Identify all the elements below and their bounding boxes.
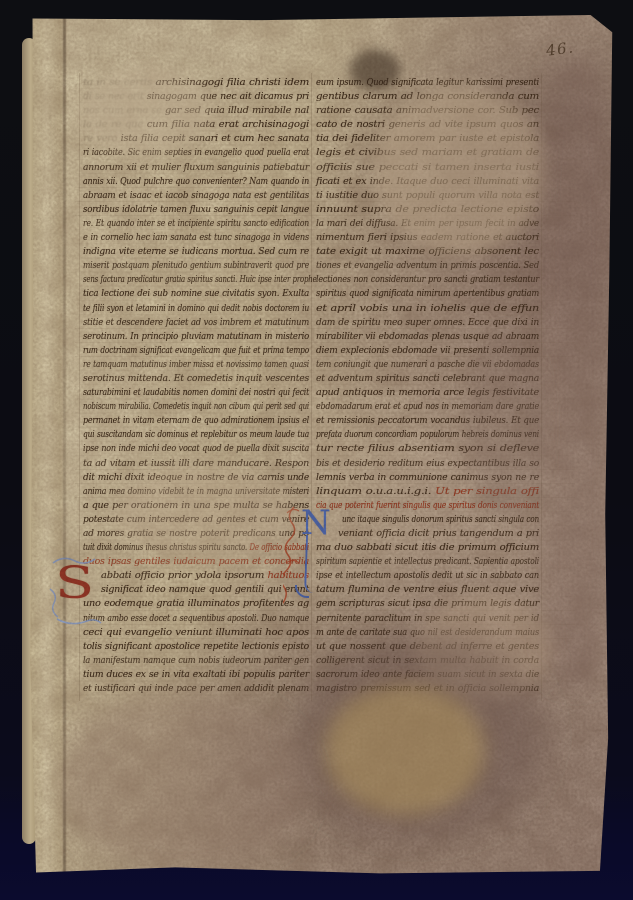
manuscript-line: ebdomadarum erat et apud nos in memoriam… xyxy=(316,400,539,414)
manuscript-line: anima mea domino videbit te in magna uni… xyxy=(83,485,309,499)
manuscript-line: lectiones non considerantur pro sancti g… xyxy=(316,273,539,287)
manuscript-line: serotinum. In principio pluviam matutina… xyxy=(83,330,309,344)
manuscript-line: tuit dixit dominus ihesus christus spiri… xyxy=(83,541,309,555)
manuscript-line: dit michi dixit ideoque in nostre de via… xyxy=(83,471,309,485)
stain-overlay xyxy=(325,685,485,815)
folio-number: 46. xyxy=(545,38,575,59)
manuscript-line: tatum flumina de ventre eius fluent aque… xyxy=(316,583,539,597)
right-column: eum ipsum. Quod significata legitur kari… xyxy=(316,76,539,696)
manuscript-line: la de re que cum filia nata erat archisi… xyxy=(83,118,309,132)
manuscript-line: ma duo sabbati sicut itis die primum off… xyxy=(316,541,539,555)
stain-overlay xyxy=(60,690,310,875)
manuscript-line: mirabiliter vii ebdomadas plenas usque a… xyxy=(316,330,539,344)
manuscript-line: potestate cum intercedere ad gentes et c… xyxy=(83,513,309,527)
manuscript-line: tolis significant apostolice repetite le… xyxy=(83,640,309,654)
manuscript-line: bis et desiderio reditum eius expectanti… xyxy=(316,457,539,471)
manuscript-line: gem scripturas sicut ipsa die primum leg… xyxy=(316,597,539,611)
manuscript-line: annorum xii et mulier fluxum sanguinis p… xyxy=(83,161,309,175)
manuscript-line: la manifestum namque cum nobis iudeorum … xyxy=(83,654,309,668)
manuscript-line: m ante de caritate sua quo nil est desid… xyxy=(316,626,539,640)
manuscript-line: ipse et intellectum apostolis dedit ut s… xyxy=(316,569,539,583)
manuscript-line: tica lectione dei sub nomine sue civitat… xyxy=(83,287,309,301)
manuscript-line: ratione causata animadversione cor. Sub … xyxy=(316,104,539,118)
manuscript-line: tem coniungit que numerari a pasche die … xyxy=(316,358,539,372)
manuscript-line: dam de spiritu meo super omnes. Ecce que… xyxy=(316,316,539,330)
manuscript-line: eum ipsum. Quod significata legitur kari… xyxy=(316,76,539,90)
manuscript-line: tium duces ex se in vita exaltati ibi po… xyxy=(83,668,309,682)
manuscript-line: sacrorum ideo ante faciem suam sicut in … xyxy=(316,668,539,682)
manuscript-line: nos cum erna se gar sed quia illud mirab… xyxy=(83,104,309,118)
manuscript-line: re. Et quando inter se et incipiente spi… xyxy=(83,217,309,231)
manuscript-line: pernitente paraclitum in spe sancti qui … xyxy=(316,612,539,626)
manuscript-line: et iustificari qui inde pace per amen ad… xyxy=(83,682,309,696)
manuscript-line: miserit postquam plenitudo gentium subin… xyxy=(83,259,309,273)
manuscript-line: permanet in vitam eternam de quo admirat… xyxy=(83,414,309,428)
manuscript-line: rum doctrinam significat evangelicam que… xyxy=(83,344,309,358)
manuscript-page: 46. ta in se certis archisinagogi filia … xyxy=(29,15,614,876)
manuscript-line: ta in se certis archisinagogi filia chri… xyxy=(83,76,309,90)
photo-background: { "page": { "number": "46." }, "colors":… xyxy=(0,0,633,900)
manuscript-line: magistro premissum sed et in officia sol… xyxy=(316,682,539,696)
manuscript-line: nobiscum mirabilia. Comedetis inquit non… xyxy=(83,400,309,414)
manuscript-line: tate exigit ut maxime officiens absonent… xyxy=(316,245,539,259)
manuscript-line: significat ideo namque quod gentili qui … xyxy=(83,583,309,597)
manuscript-line: di se nec erit sinagogam que nec ait dic… xyxy=(83,90,309,104)
manuscript-line: abbati officio prior ydola ipsorum habit… xyxy=(83,569,309,583)
manuscript-line: tiones et evangelia adventum in primis p… xyxy=(316,259,539,273)
manuscript-line: saturabimini et laudabitis nomen domini … xyxy=(83,386,309,400)
manuscript-line: ad mores gratia se nostre poterit predic… xyxy=(83,527,309,541)
manuscript-line: veniant officia dicit prius tangendum a … xyxy=(316,527,539,541)
manuscript-line: abraam et isaac et iacob sinagoga nata e… xyxy=(83,189,309,203)
pen-flourish-blue xyxy=(45,553,105,629)
manuscript-line: duos ipsas gentiles iudaicum pacem et co… xyxy=(83,555,309,569)
manuscript-line: et adventum spiritus sancti celebrant qu… xyxy=(316,372,539,386)
manuscript-line: ficati et ex inde. Itaque duo ceci illum… xyxy=(316,175,539,189)
manuscript-line: annis xii. Quod pulchre quo convenienter… xyxy=(83,175,309,189)
manuscript-line: prefata duorum concordiam populorum hebr… xyxy=(316,428,539,442)
manuscript-line: tia dei fideliter amorem par iuste et ep… xyxy=(316,132,539,146)
column-rule xyxy=(311,73,312,701)
manuscript-line: linquam o.u.a.u.i.g.i. Ut per singula of… xyxy=(316,485,539,499)
manuscript-line: innuunt supra de predicta lectione epist… xyxy=(316,203,539,217)
manuscript-line: gentibus clarum ad longa consideranda cu… xyxy=(316,90,539,104)
manuscript-line: re tamquam matutinus imber missa et novi… xyxy=(83,358,309,372)
manuscript-line: cia que poterint fuerint singulis que sp… xyxy=(316,499,539,513)
manuscript-line: lemnis verba in communione canimus syon … xyxy=(316,471,539,485)
binding-gutter xyxy=(29,15,67,876)
manuscript-line: et april vobis una in iohelis que de eff… xyxy=(316,302,539,316)
manuscript-line: stitie et descendere faciet ad vos imbre… xyxy=(83,316,309,330)
manuscript-line: sens factura predicatur gratia spiritus … xyxy=(83,273,309,287)
manuscript-line: cato de nostri generis ad vite ipsum quo… xyxy=(316,118,539,132)
manuscript-line: apud antiquos in memoria arce legis fest… xyxy=(316,386,539,400)
manuscript-line: ta ad vitam et iussit illi dare manducar… xyxy=(83,457,309,471)
manuscript-line: spiritum sapientie et intellectus predic… xyxy=(316,555,539,569)
manuscript-line: uno eodemque gratia illuminatos profiten… xyxy=(83,597,309,611)
manuscript-line: ri iacobite. Sic enim septies in evangel… xyxy=(83,146,309,160)
manuscript-line: sordibus idolatrie tamen fluxu sanguinis… xyxy=(83,203,309,217)
manuscript-line: nimentum fieri ipsius eadem ratione et a… xyxy=(316,231,539,245)
pen-flourish-red xyxy=(283,505,301,613)
manuscript-line: colligerent sicut in sextam multa habuit… xyxy=(316,654,539,668)
manuscript-line: serotinus mittenda. Et comedetis inquit … xyxy=(83,372,309,386)
manuscript-line: ipse non inde michi deo vocat quod de pu… xyxy=(83,442,309,456)
manuscript-line: et remissionis peccatorum vocandus iubil… xyxy=(316,414,539,428)
manuscript-line: ti iustitie duo sunt populi quorum villa… xyxy=(316,189,539,203)
manuscript-line: e in cornelio hec iam sanata est tunc si… xyxy=(83,231,309,245)
manuscript-line: la mari dei diffusa. Et enim per ipsum f… xyxy=(316,217,539,231)
manuscript-line: diem explecionis ebdomade vii presenti s… xyxy=(316,344,539,358)
manuscript-line: nitum ambo esse docet a sequentibus apos… xyxy=(83,612,309,626)
manuscript-line: ut que nossent que debent ad inferre et … xyxy=(316,640,539,654)
manuscript-line: unc itaque singulis donorum spiritus san… xyxy=(316,513,539,527)
manuscript-line: qui suscitandam sic dominus et replebitu… xyxy=(83,428,309,442)
manuscript-line: officiis sue peccati si tamen inserta iu… xyxy=(316,161,539,175)
manuscript-line: spiritus quod significata nimirum aperte… xyxy=(316,287,539,301)
left-column: ta in se certis archisinagogi filia chri… xyxy=(83,76,309,696)
manuscript-line: ceci qui evangelio veniunt illuminati ho… xyxy=(83,626,309,640)
fold-crease xyxy=(63,15,66,876)
manuscript-line: tur recte filius absentiam syon si defle… xyxy=(316,442,539,456)
column-rule xyxy=(541,73,542,701)
manuscript-line: indigna vite eterne se iudicans mortua. … xyxy=(83,245,309,259)
manuscript-line: a que per orationem in una spe multa se … xyxy=(83,499,309,513)
manuscript-line: legis et civibus sed mariam et gratiam d… xyxy=(316,146,539,160)
manuscript-line: re vero ista filia cepit sanari et cum h… xyxy=(83,132,309,146)
manuscript-line: te filii syon et letamini in domino qui … xyxy=(83,302,309,316)
